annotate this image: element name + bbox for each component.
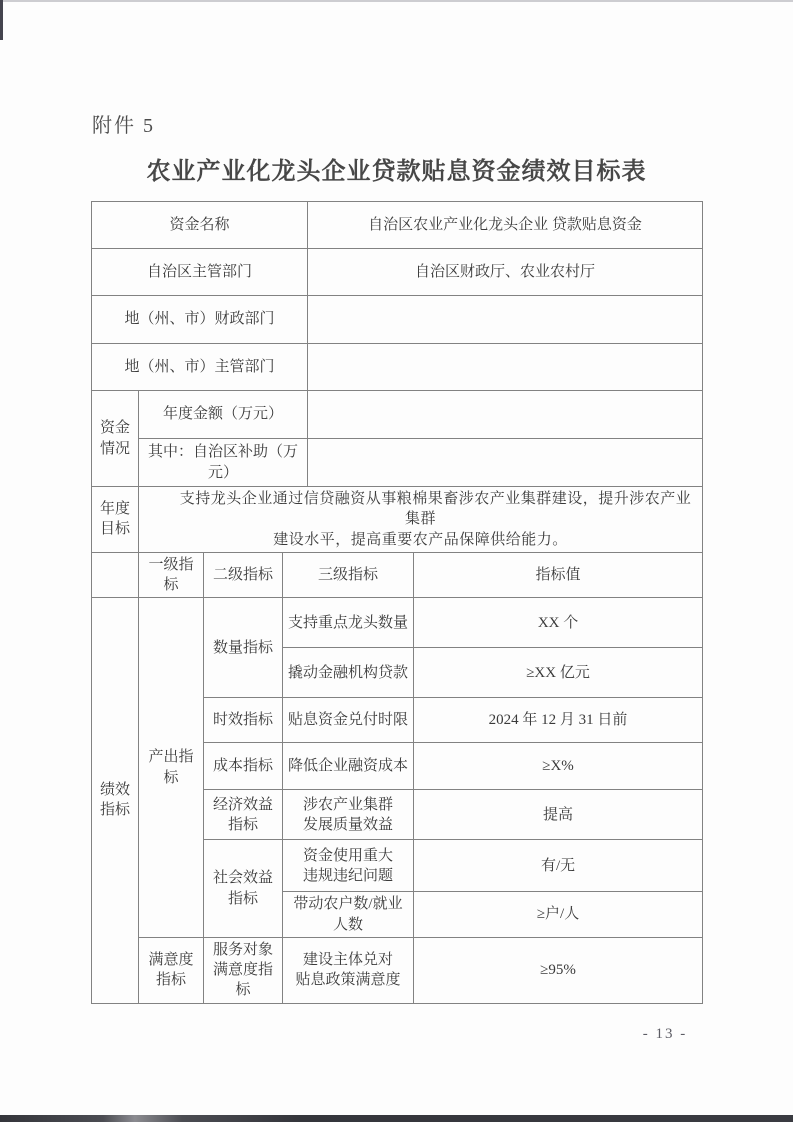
region-dept-value: 自治区财政厅、农业农村厅 (308, 249, 703, 296)
indicator-name-cell: 涉农产业集群 发展质量效益 (283, 790, 414, 840)
social-indicator-label: 社会效益指标 (204, 840, 283, 938)
header-level1: 一级指标 (139, 552, 204, 598)
table-row: 资金名称 自治区农业产业化龙头企业 贷款贴息资金 (92, 202, 703, 249)
performance-target-table: 资金名称 自治区农业产业化龙头企业 贷款贴息资金 自治区主管部门 自治区财政厅、… (91, 201, 703, 1004)
indicator-value-cell: ≥户/人 (414, 892, 703, 938)
indicator-value-cell: 提高 (414, 790, 703, 840)
indicator-name-cell: 降低企业融资成本 (283, 743, 414, 790)
header-value: 指标值 (414, 552, 703, 598)
fund-name-value: 自治区农业产业化龙头企业 贷款贴息资金 (308, 202, 703, 249)
prefecture-finance-dept-label: 地（州、市）财政部门 (92, 296, 308, 344)
indicator-name-cell: 支持重点龙头数量 (283, 598, 414, 648)
economic-indicator-label: 经济效益指标 (204, 790, 283, 840)
page-title: 农业产业化龙头企业贷款贴息资金绩效目标表 (0, 151, 793, 186)
indicator-name-cell: 带动农户数/就业人数 (283, 892, 414, 938)
satisfaction-indicator-label: 满意度 指标 (139, 937, 204, 1003)
region-dept-label: 自治区主管部门 (92, 249, 308, 296)
header-level2: 二级指标 (204, 552, 283, 598)
scan-edge-left (0, 0, 3, 40)
scan-edge-top (0, 0, 793, 2)
indicator-name-cell: 撬动金融机构贷款 (283, 648, 414, 698)
annual-amount-label: 年度金额（万元） (139, 391, 308, 439)
prefecture-finance-dept-value (308, 296, 703, 344)
table-row: 一级指标 二级指标 三级指标 指标值 (92, 552, 703, 598)
annual-amount-value (308, 391, 703, 439)
indicator-name-cell: 资金使用重大 违规违纪问题 (283, 840, 414, 892)
table-row: 绩效 指标 产出指标 数量指标 支持重点龙头数量 XX 个 (92, 598, 703, 648)
quantity-indicator-label: 数量指标 (204, 598, 283, 698)
indicator-value-cell: 2024 年 12 月 31 日前 (414, 698, 703, 743)
indicator-value-cell: ≥X% (414, 743, 703, 790)
indicator-value-cell: 有/无 (414, 840, 703, 892)
page-number: - 13 - (630, 1026, 700, 1043)
prefecture-admin-dept-value (308, 344, 703, 391)
satisfaction-level2-label: 服务对象 满意度指标 (204, 937, 283, 1003)
scan-edge-bottom (0, 1115, 793, 1122)
indicator-value-cell: ≥XX 亿元 (414, 648, 703, 698)
indicator-name-cell: 贴息资金兑付时限 (283, 698, 414, 743)
region-subsidy-label: 其中：自治区补助（万元） (139, 439, 308, 487)
region-subsidy-value (308, 439, 703, 487)
indicator-name-cell: 建设主体兑对 贴息政策满意度 (283, 937, 414, 1003)
performance-label: 绩效 指标 (92, 598, 139, 1003)
prefecture-admin-dept-label: 地（州、市）主管部门 (92, 344, 308, 391)
annual-goal-text: 支持龙头企业通过信贷融资从事粮棉果畜涉农产业集群建设，提升涉农产业集群 建设水平… (139, 487, 703, 553)
timeliness-indicator-label: 时效指标 (204, 698, 283, 743)
indicator-value-cell: ≥95% (414, 937, 703, 1003)
table-row: 自治区主管部门 自治区财政厅、农业农村厅 (92, 249, 703, 296)
table-row: 满意度 指标 服务对象 满意度指标 建设主体兑对 贴息政策满意度 ≥95% (92, 937, 703, 1003)
header-level3: 三级指标 (283, 552, 414, 598)
table-row: 其中：自治区补助（万元） (92, 439, 703, 487)
table-row: 年度 目标 支持龙头企业通过信贷融资从事粮棉果畜涉农产业集群建设，提升涉农产业集… (92, 487, 703, 553)
table-row: 资金 情况 年度金额（万元） (92, 391, 703, 439)
table-row: 地（州、市）主管部门 (92, 344, 703, 391)
fund-status-label: 资金 情况 (92, 391, 139, 487)
attachment-label: 附件 5 (92, 109, 155, 138)
output-indicator-label: 产出指标 (139, 598, 204, 938)
annual-goal-label: 年度 目标 (92, 487, 139, 553)
cost-indicator-label: 成本指标 (204, 743, 283, 790)
table-row: 地（州、市）财政部门 (92, 296, 703, 344)
indicator-value-cell: XX 个 (414, 598, 703, 648)
header-blank-cell (92, 552, 139, 598)
fund-name-label: 资金名称 (92, 202, 308, 249)
